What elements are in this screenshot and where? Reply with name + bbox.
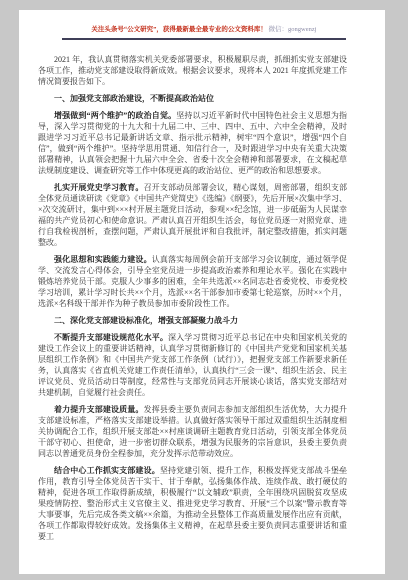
paragraph-lead: 着力提升支部建设质量。 xyxy=(54,405,144,414)
body-paragraph: 不断提升支部建设规范化水平。深入学习贯彻习近平总书记在中央和国家机关党的建设工作… xyxy=(38,332,347,398)
paragraph-text: 坚持党建引领、提升工作，积极发挥党支部战斗堡垒作用，教育引导全体党员苦干实干、甘… xyxy=(38,466,347,541)
document-page: 关注头条号“公文研究”，获得最新最全最专业的公文资料库！ 微信：gongwenz… xyxy=(19,10,385,574)
paragraph-lead: 强化思想和实践能力建设。 xyxy=(54,255,152,264)
body-paragraph: 着力提升支部建设质量。发挥县委主要负责同志参加支部组织生活优势，大力提升支部建设… xyxy=(38,404,347,459)
paragraph-lead: 增强做到“两个维护”的政治自觉。 xyxy=(54,111,176,120)
body-paragraph: 增强做到“两个维护”的政治自觉。坚持以习近平新时代中国特色社会主义思想为指导，深… xyxy=(38,110,347,176)
promo-banner: 关注头条号“公文研究”，获得最新最全最专业的公文资料库！ 微信：gongwenz… xyxy=(62,26,346,40)
paragraph-lead: 扎实开展党史学习教育。 xyxy=(54,183,144,192)
paragraph-text: 2021 年，我认真贯彻落实机关党委部署要求，积极履职尽责，抓细抓实党支部建设各… xyxy=(38,55,347,86)
paragraph-text: 深入学习贯彻习近平总书记在中央和国家机关党的建设工作会议上的重要讲话精神，认真学… xyxy=(38,333,347,397)
section-heading-2: 二、深化党支部建设标准化，增强支部凝聚力战斗力 xyxy=(38,315,347,326)
body-paragraph: 强化思想和实践能力建设。认真落实每周例会前开支部学习会议制度，通过领学促学、交流… xyxy=(38,254,347,309)
intro-paragraph: 2021 年，我认真贯彻落实机关党委部署要求，积极履职尽责，抓细抓实党支部建设各… xyxy=(38,54,347,87)
promo-banner-text: 关注头条号“公文研究”，获得最新最全最专业的公文资料库！ xyxy=(91,26,267,33)
body-paragraph: 结合中心工作抓实支部建设。坚持党建引领、提升工作，积极发挥党支部战斗堡垒作用，教… xyxy=(38,465,347,542)
paragraph-text: 坚持以习近平新时代中国特色社会主义思想为指导，深入学习贯彻党的十九大和十九届二中… xyxy=(38,111,347,175)
body-paragraph: 扎实开展党史学习教育。召开支部动员部署会议，精心谋划，周密部署，组织支部全体党员… xyxy=(38,182,347,248)
promo-banner-contact: 微信：gongwenzj xyxy=(269,26,317,33)
paragraph-lead: 结合中心工作抓实支部建设。 xyxy=(54,466,160,475)
document-body: 2021 年，我认真贯彻落实机关党委部署要求，积极履职尽责，抓细抓实党支部建设各… xyxy=(38,54,347,548)
paragraph-lead: 不断提升支部建设规范化水平。 xyxy=(54,333,168,342)
paragraph-text: 召开支部动员部署会议，精心谋划，周密部署，组织支部全体党员通读研读《党章》《中国… xyxy=(38,183,347,247)
section-heading-1: 一、加强党支部政治建设，不断提高政治站位 xyxy=(38,93,347,104)
